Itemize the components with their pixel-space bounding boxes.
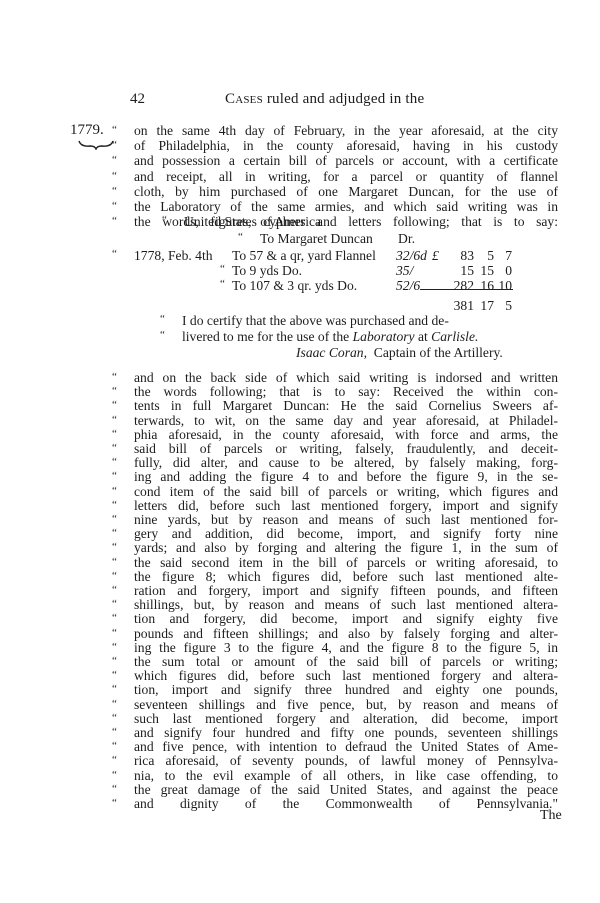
account-heading-1: “United States of America <box>162 214 321 230</box>
total-pence: 5 <box>496 298 512 314</box>
brace-icon <box>78 138 114 150</box>
account-row-3: “To 107 & 3 qr. yds Do. <box>220 278 357 294</box>
total-pounds: 381 <box>446 298 474 314</box>
currency-symbol: £ <box>432 248 439 264</box>
debtor-label: Dr. <box>398 231 415 247</box>
account-row-1-rate: 32/6d <box>396 248 427 264</box>
sum-rule <box>420 289 513 290</box>
total-shillings: 17 <box>478 298 494 314</box>
margin-year: 1779. <box>70 122 104 139</box>
text-line: “and dignity of the Commonwealth of Penn… <box>112 795 558 812</box>
running-header: 42 Cases ruled and adjudged in the <box>0 91 600 111</box>
account-heading-2: “To Margaret Duncan <box>238 231 373 247</box>
account-row-1: “1778, Feb. 4th <box>112 248 213 264</box>
certificate-line-2: “livered to me for the use of the Labora… <box>160 329 478 345</box>
catchword: The <box>540 808 562 824</box>
running-title: Cases ruled and adjudged in the <box>225 91 424 108</box>
account-row-2: “To 9 yds Do. <box>220 263 302 279</box>
account-row-1-item: To 57 & a qr, yard Flannel <box>232 248 376 264</box>
page-number: 42 <box>130 91 145 108</box>
certificate-line-1: “I do certify that the above was purchas… <box>160 313 449 329</box>
signature: Isaac Coran, Captain of the Artillery. <box>296 345 503 361</box>
